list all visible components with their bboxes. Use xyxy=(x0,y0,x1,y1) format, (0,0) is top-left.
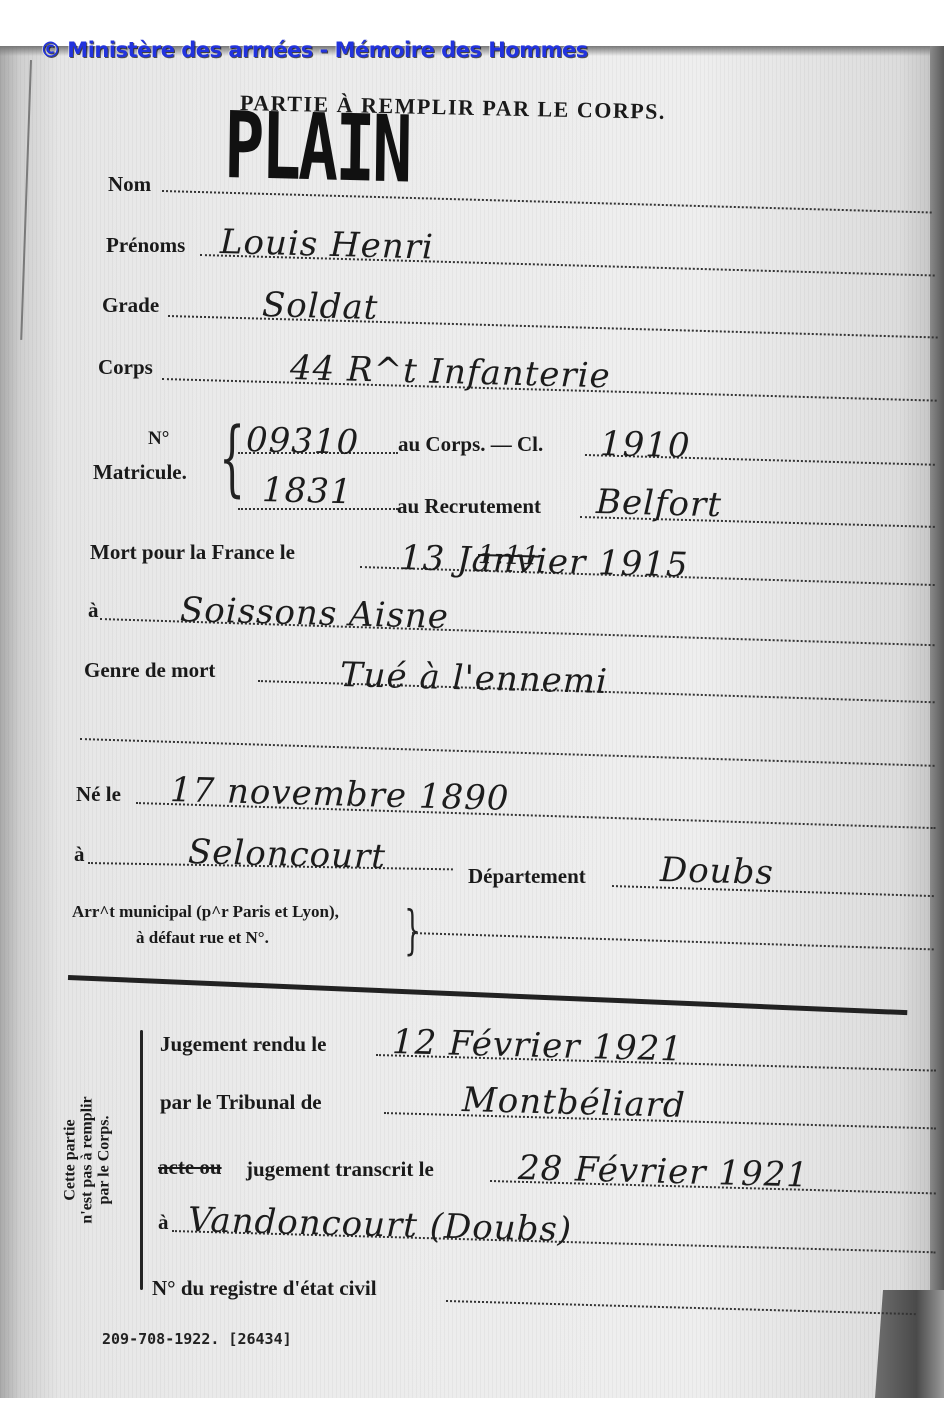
label-grade: Grade xyxy=(102,293,159,318)
value-recrutement-place: Belfort xyxy=(595,482,722,525)
value-tribunal: Montbéliard xyxy=(461,1080,686,1126)
label-mort-date: Mort pour la France le xyxy=(90,540,295,565)
label-au-recrutement: au Recrutement xyxy=(397,494,541,519)
side-note-line2: n'est pas à remplir xyxy=(79,1096,96,1223)
value-classe: 1910 xyxy=(599,424,691,466)
label-departement: Département xyxy=(468,864,586,889)
label-arrondissement-line2: à défaut rue et N°. xyxy=(136,928,269,948)
value-jugement-transcrit: 28 Février 1921 xyxy=(517,1148,809,1196)
label-tribunal: par le Tribunal de xyxy=(160,1090,322,1115)
value-corps: 44 R^t Infanterie xyxy=(289,348,611,396)
page-bottom-right-shadow xyxy=(875,1290,944,1398)
value-matricule-corps: 09310 xyxy=(245,420,359,463)
value-prenoms: Louis Henri xyxy=(219,222,434,268)
label-corps: Corps xyxy=(98,355,153,380)
label-au-corps-classe: au Corps. — Cl. xyxy=(398,432,543,457)
label-transcrit-lieu: à xyxy=(158,1210,169,1235)
label-matricule-no: N° xyxy=(148,428,169,450)
side-note-brace xyxy=(140,1030,143,1290)
label-genre-mort: Genre de mort xyxy=(84,658,215,683)
label-prenoms: Prénoms xyxy=(106,233,185,258)
arrondissement-brace: } xyxy=(404,905,421,957)
label-matricule: Matricule. xyxy=(93,460,187,485)
side-note: Cette partie n'est pas à remplir par le … xyxy=(42,1060,132,1260)
label-jugement-transcrit: jugement transcrit le xyxy=(246,1157,434,1182)
label-ne-lieu: à xyxy=(74,842,85,867)
label-acte-ou-struck: acte ou xyxy=(158,1155,222,1180)
value-grade: Soldat xyxy=(261,285,378,328)
value-ne-lieu: Seloncourt xyxy=(187,832,386,877)
copyright-watermark: © Ministère des armées - Mémoire des Hom… xyxy=(40,38,588,62)
value-departement: Doubs xyxy=(659,850,774,893)
label-nom: Nom xyxy=(108,172,151,197)
value-mort-lieu: Soissons Aisne xyxy=(179,590,449,637)
value-jugement-rendu: 12 Février 1921 xyxy=(391,1022,683,1070)
label-jugement-rendu: Jugement rendu le xyxy=(160,1032,326,1057)
name-stamp: PLAIN xyxy=(224,100,410,196)
side-note-line1: Cette partie xyxy=(62,1096,79,1223)
side-note-line3: par le Corps. xyxy=(96,1096,113,1223)
value-mort-date: 13 Janvier 1915 xyxy=(399,538,689,586)
value-genre-mort: Tué à l'ennemi xyxy=(339,655,608,702)
print-reference-code: 209-708-1922. [26434] xyxy=(102,1330,292,1348)
value-matricule-recrutement: 1831 xyxy=(261,470,353,512)
label-ne-le: Né le xyxy=(76,782,121,807)
matricule-brace: { xyxy=(219,418,245,500)
page-right-edge xyxy=(930,46,944,1398)
label-mort-lieu: à xyxy=(88,598,99,623)
label-arrondissement-line1: Arr^t municipal (p^r Paris et Lyon), xyxy=(72,902,339,922)
label-registre-etat-civil: N° du registre d'état civil xyxy=(152,1276,377,1301)
